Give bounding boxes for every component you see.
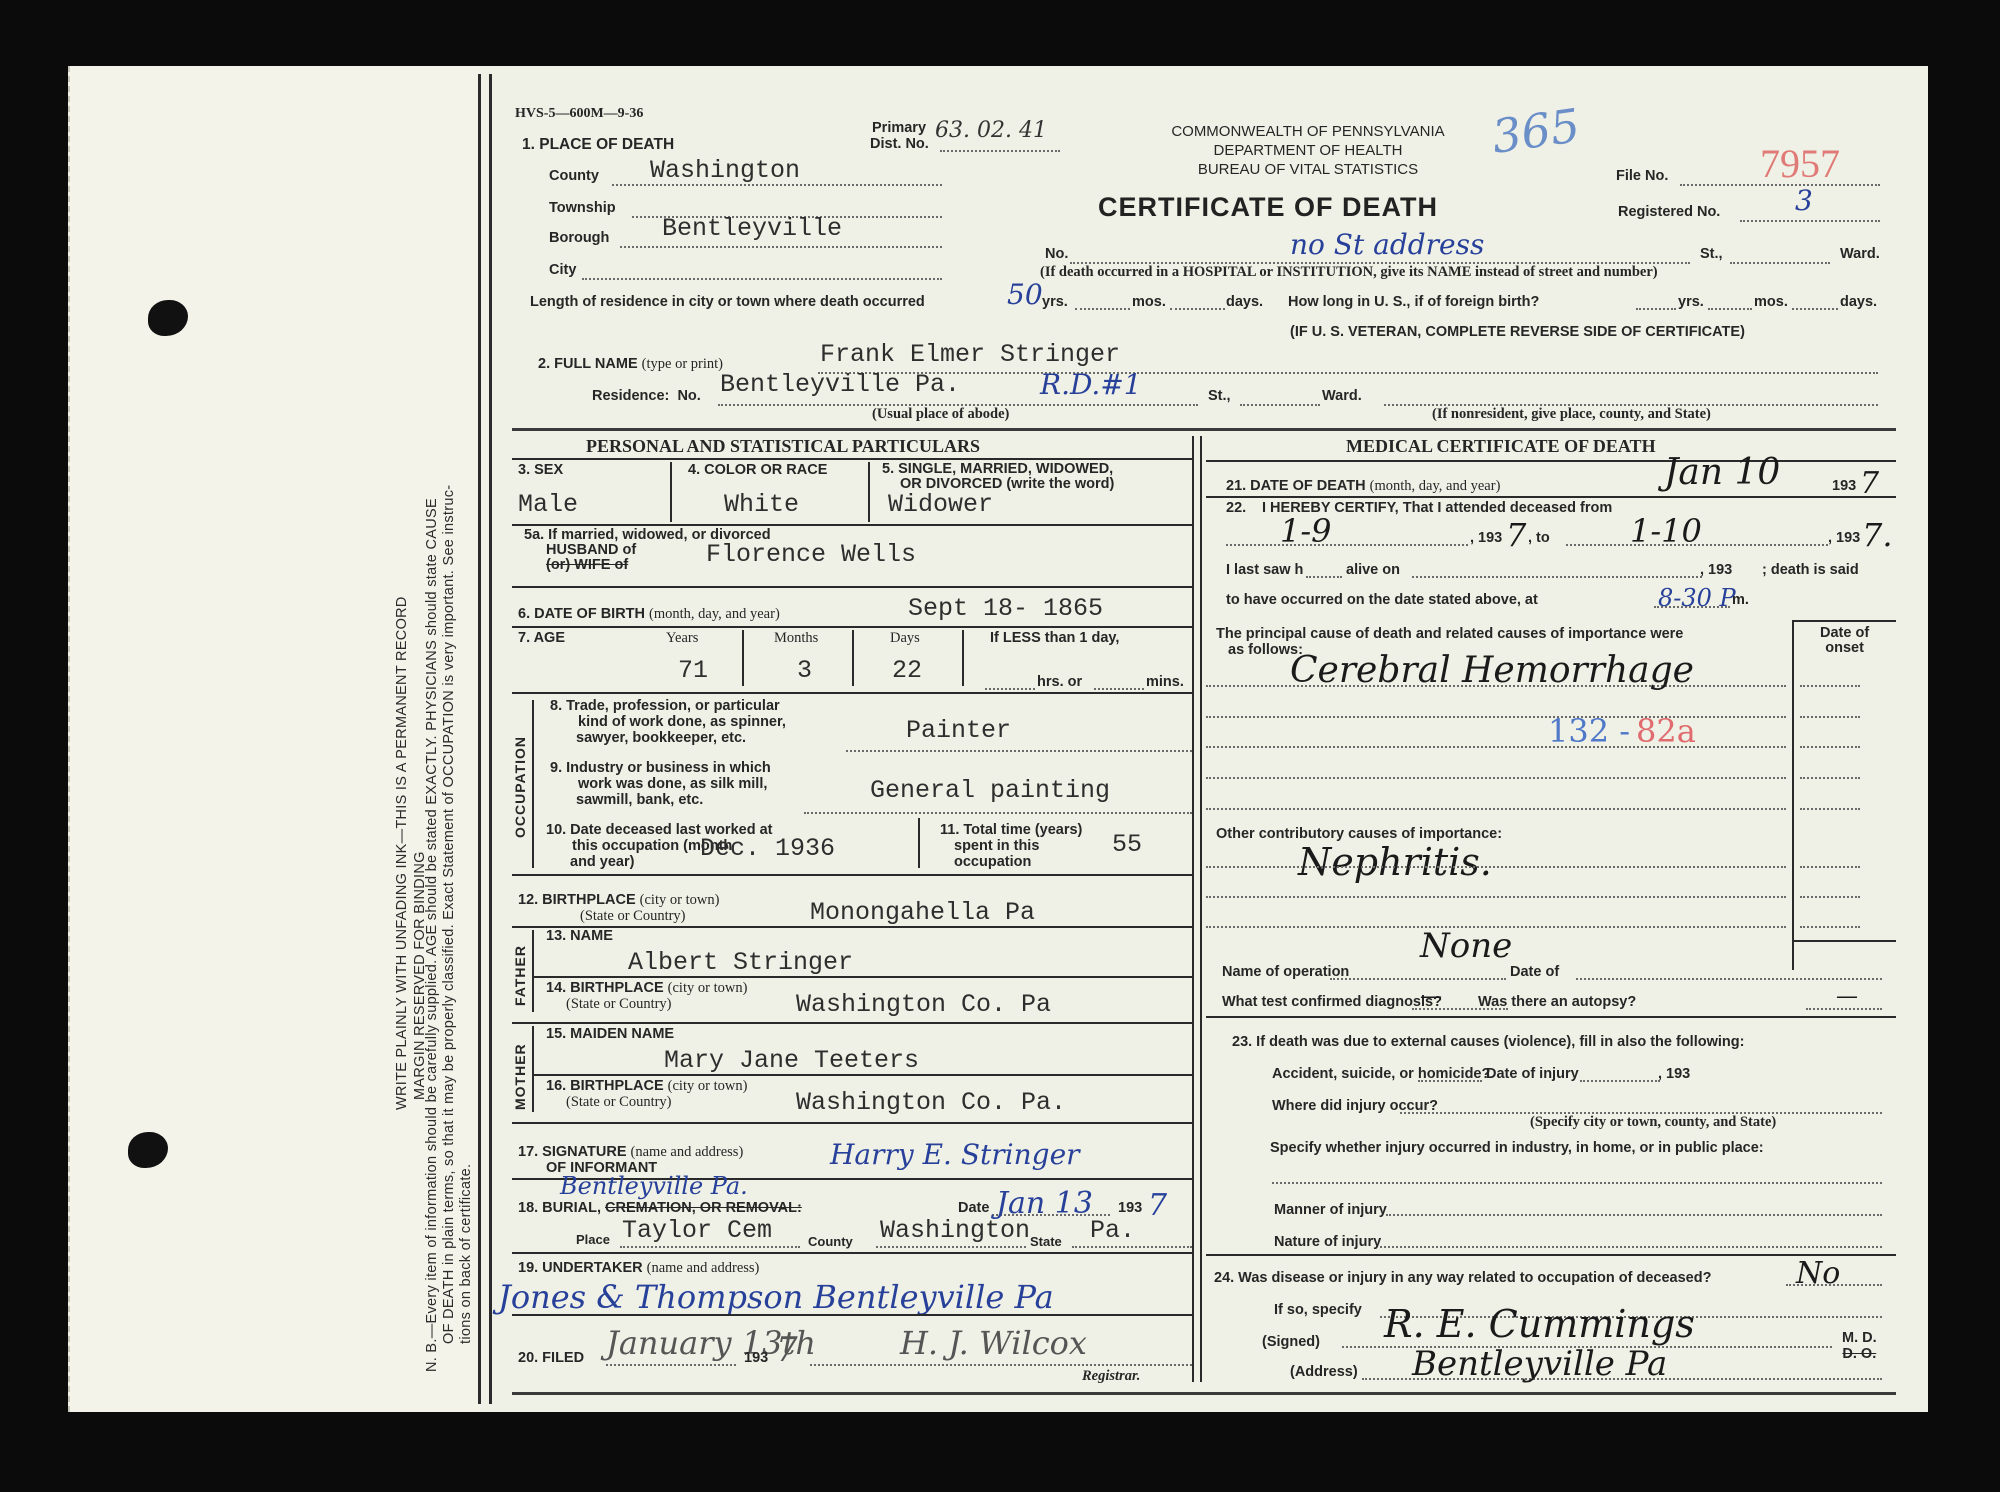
burial-year-prefix: 193 (1118, 1200, 1142, 1216)
father-name-value: Albert Stringer (628, 948, 853, 977)
years-label: Years (666, 630, 698, 647)
burial-place-value: Taylor Cem (622, 1216, 772, 1245)
trade-label: 8. Trade, profession, or particularkind … (550, 698, 786, 746)
to-label: , to (1528, 530, 1550, 546)
trade-value: Painter (906, 716, 1011, 745)
time-of-death-label: to have occurred on the date stated abov… (1226, 592, 1538, 608)
principal-cause-value: Cerebral Hemorrhage (1290, 650, 1694, 691)
dod-label: 21. DATE OF DEATH (month, day, and year) (1226, 478, 1500, 495)
burial-label: 18. BURIAL, CREMATION, OR REMOVAL: (518, 1200, 802, 1216)
age-label: 7. AGE (518, 630, 565, 646)
foreign-days-label: days. (1840, 294, 1877, 310)
years-value: 71 (678, 656, 708, 685)
marital-value: Widower (888, 490, 993, 519)
margin-line-3: N. B.—Every item of information should b… (424, 498, 441, 1372)
race-label: 4. COLOR OR RACE (688, 462, 827, 478)
injury-location-label: Specify whether injury occurred in indus… (1270, 1140, 1764, 1156)
burial-county-label: County (808, 1234, 853, 1249)
informant-signature: Harry E. Stringer (830, 1138, 1080, 1171)
registered-no-value: 3 (1795, 184, 1813, 217)
manner-of-injury-label: Manner of injury (1274, 1202, 1387, 1218)
nonresident-note: (If nonresident, give place, county, and… (1432, 406, 1711, 423)
agency-line-2: DEPARTMENT OF HEALTH (1138, 141, 1478, 160)
dod-year-prefix: 193 (1832, 478, 1856, 494)
from-year-digit: 7 (1506, 516, 1526, 554)
total-time-label: 11. Total time (years)spent in thisoccup… (940, 822, 1082, 870)
certify-number: 22. (1226, 500, 1246, 516)
burial-state-label: State (1030, 1234, 1062, 1249)
hrs-label: hrs. or (1037, 674, 1082, 690)
registered-no-label: Registered No. (1618, 204, 1720, 220)
months-label: Months (774, 630, 818, 647)
filed-year-digit: 7 (776, 1330, 798, 1370)
mother-name-label: 15. MAIDEN NAME (546, 1026, 674, 1042)
residence-st-label: St., (1208, 388, 1231, 404)
undertaker-value: Jones & Thompson Bentleyville Pa (498, 1278, 1054, 1316)
address-no-value: no St address (1290, 228, 1484, 261)
certificate-title: CERTIFICATE OF DEATH (1098, 192, 1438, 223)
place-of-death-heading: 1. PLACE OF DEATH (522, 136, 674, 154)
residence-rd: R.D.#1 (1040, 368, 1142, 401)
foreign-birth-label: How long in U. S., if of foreign birth? (1288, 294, 1539, 310)
father-name-label: 13. NAME (546, 928, 613, 944)
ward-label: Ward. (1840, 246, 1880, 262)
father-side-label: FATHER (512, 945, 528, 1006)
to-year-digit: 7. (1862, 516, 1893, 554)
dob-label: 6. DATE OF BIRTH (month, day, and year) (518, 606, 780, 623)
injury-year: , 193 (1658, 1066, 1690, 1082)
file-no-label: File No. (1616, 168, 1668, 184)
autopsy-value: — (1836, 984, 1858, 1009)
borough-label: Borough (549, 230, 609, 246)
burial-year-digit: 7 (1148, 1188, 1167, 1223)
binding-margin (68, 66, 480, 1412)
father-birthplace-value: Washington Co. Pa (796, 990, 1051, 1019)
where-injury-hint: (Specify city or town, county, and State… (1530, 1114, 1776, 1131)
marital-label: 5. SINGLE, MARRIED, WIDOWED,OR DIVORCED … (882, 462, 1114, 492)
mother-birthplace-label: 16. BIRTHPLACE (city or town) (State or … (546, 1078, 747, 1110)
md-do-label: M. D.D. O. (1842, 1330, 1877, 1362)
birthplace-label: 12. BIRTHPLACE (city or town) (State or … (518, 892, 719, 924)
agency-block: COMMONWEALTH OF PENNSYLVANIA DEPARTMENT … (1138, 122, 1478, 179)
primary-dist-value: 63. 02. 41 (935, 118, 1047, 143)
residence-length-label: Length of residence in city or town wher… (530, 294, 925, 310)
foreign-mos-label: mos. (1754, 294, 1788, 310)
margin-line-4: OF DEATH in plain terms, so that it may … (441, 485, 458, 1344)
burial-county-value: Washington (880, 1216, 1030, 1245)
full-name-value: Frank Elmer Stringer (820, 340, 1120, 369)
attended-to-value: 1-10 (1630, 512, 1702, 550)
address-no-label: No. (1045, 246, 1068, 262)
residence-label: Residence: No. (592, 388, 701, 404)
agency-line-1: COMMONWEALTH OF PENNSYLVANIA (1138, 122, 1478, 141)
margin-line-5: tions on back of certificate. (458, 1164, 475, 1344)
days-value: 22 (892, 656, 922, 685)
from-year-prefix: , 193 (1470, 530, 1502, 546)
external-causes-label: 23. If death was due to external causes … (1232, 1034, 1744, 1050)
file-no-value: 7957 (1760, 140, 1840, 187)
personal-heading: PERSONAL AND STATISTICAL PARTICULARS (586, 436, 980, 457)
months-value: 3 (797, 656, 812, 685)
time-suffix: m. (1732, 592, 1749, 608)
less-than-day-label: If LESS than 1 day, (990, 630, 1119, 646)
days-label: Days (890, 630, 920, 647)
dod-value: Jan 10 (1664, 452, 1780, 493)
classification-code-blue: 132 - (1548, 712, 1630, 750)
veteran-note: (IF U. S. VETERAN, COMPLETE REVERSE SIDE… (1290, 324, 1745, 340)
occupation-related-value: No (1796, 1256, 1840, 1291)
registrar-label: Registrar. (1082, 1368, 1140, 1385)
father-birthplace-label: 14. BIRTHPLACE (city or town) (State or … (546, 980, 747, 1012)
mother-birthplace-value: Washington Co. Pa. (796, 1088, 1066, 1117)
mins-label: mins. (1146, 674, 1184, 690)
burial-place-label: Place (576, 1232, 610, 1247)
filed-label: 20. FILED (518, 1350, 584, 1366)
spouse-value: Florence Wells (706, 540, 916, 569)
yrs-label: yrs. (1042, 294, 1068, 310)
operation-date-label: Date of (1510, 964, 1559, 980)
last-saw-year: , 193 (1700, 562, 1732, 578)
undertaker-label: 19. UNDERTAKER (name and address) (518, 1260, 759, 1277)
nature-of-injury-label: Nature of injury (1274, 1234, 1381, 1250)
burial-state-value: Pa. (1090, 1216, 1135, 1245)
county-value: Washington (650, 156, 800, 185)
sex-value: Male (518, 490, 578, 519)
street-label: St., (1700, 246, 1723, 262)
last-saw-label: I last saw h (1226, 562, 1303, 578)
days-label: days. (1226, 294, 1263, 310)
residence-ward-label: Ward. (1322, 388, 1362, 404)
autopsy-label: Was there an autopsy? (1478, 994, 1636, 1010)
physician-address-label: (Address) (1290, 1364, 1358, 1380)
signed-label: (Signed) (1262, 1334, 1320, 1350)
if-so-label: If so, specify (1274, 1302, 1362, 1318)
full-name-label: 2. FULL NAME (type or print) (538, 356, 723, 373)
test-value: — (1420, 984, 1442, 1009)
dob-value: Sept 18- 1865 (908, 594, 1103, 623)
residence-value: Bentleyville Pa. (720, 370, 960, 399)
residence-years-value: 50 (1007, 278, 1043, 311)
county-label: County (549, 168, 599, 184)
physician-signature: R. E. Cummings (1384, 1302, 1695, 1346)
injury-date-label: Date of injury (1486, 1066, 1579, 1082)
form-code: HVS-5—600M—9-36 (515, 106, 643, 122)
burial-date-label: Date (958, 1200, 989, 1216)
binding-border (478, 74, 492, 1404)
test-label: What test confirmed diagnosis? (1222, 994, 1442, 1010)
onset-label: Date ofonset (1820, 626, 1869, 656)
classification-code-red: 82a (1636, 712, 1696, 750)
foreign-yrs-label: yrs. (1678, 294, 1704, 310)
filed-year-prefix: 193 (744, 1350, 768, 1366)
city-label: City (549, 262, 576, 278)
borough-value: Bentleyville (662, 214, 842, 243)
industry-value: General painting (870, 776, 1110, 805)
hospital-note: (If death occurred in a HOSPITAL or INST… (1040, 264, 1658, 281)
medical-heading: MEDICAL CERTIFICATE OF DEATH (1346, 436, 1656, 457)
agency-line-3: BUREAU OF VITAL STATISTICS (1138, 160, 1478, 179)
mother-side-label: MOTHER (512, 1043, 528, 1110)
sex-label: 3. SEX (518, 462, 563, 478)
industry-label: 9. Industry or business in whichwork was… (550, 760, 771, 808)
informant-address: Bentleyville Pa. (560, 1172, 748, 1200)
attended-from-value: 1-9 (1280, 512, 1332, 550)
last-worked-value: Dec. 1936 (700, 834, 835, 863)
time-of-death-value: 8-30 P (1658, 584, 1736, 612)
race-value: White (724, 490, 799, 519)
contributory-value: Nephritis. (1298, 840, 1492, 884)
margin-line-2: WRITE PLAINLY WITH UNFADING INK—THIS IS … (394, 596, 411, 1110)
occupation-related-label: 24. Was disease or injury in any way rel… (1214, 1270, 1711, 1286)
mos-label: mos. (1132, 294, 1166, 310)
occupation-side-label: OCCUPATION (512, 736, 528, 838)
birthplace-value: Monongahella Pa (810, 898, 1035, 927)
total-time-value: 55 (1112, 830, 1142, 859)
registrar-signature: H. J. Wilcox (900, 1324, 1087, 1362)
operation-value: None (1420, 926, 1512, 966)
usual-abode-note: (Usual place of abode) (872, 406, 1009, 423)
primary-dist-label: PrimaryDist. No. (870, 120, 929, 152)
alive-on-label: alive on (1346, 562, 1400, 578)
township-label: Township (549, 200, 616, 216)
physician-address-value: Bentleyville Pa (1412, 1344, 1667, 1384)
mother-name-value: Mary Jane Teeters (664, 1046, 919, 1075)
to-year-prefix: , 193 (1828, 530, 1860, 546)
death-said-label: ; death is said (1762, 562, 1859, 578)
